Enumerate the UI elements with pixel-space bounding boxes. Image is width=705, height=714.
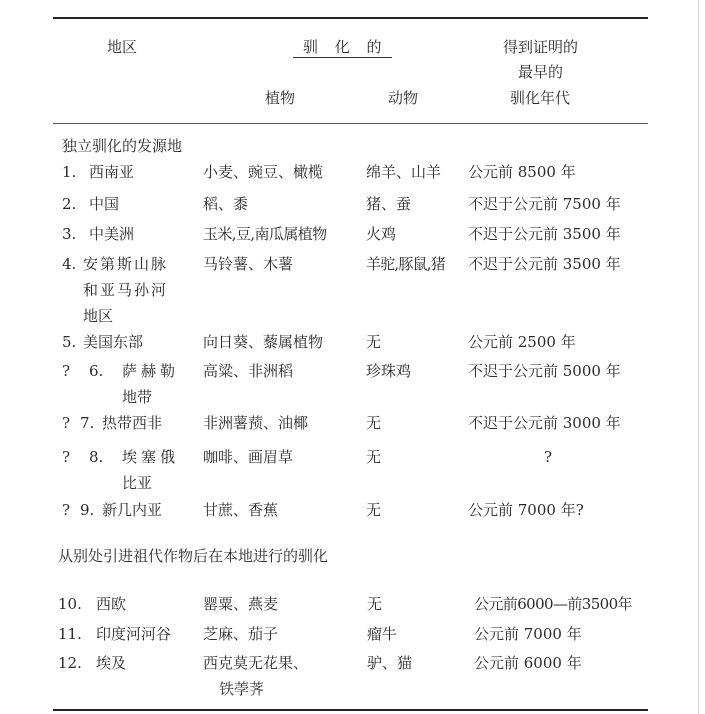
row-date: 公元前6000—前3500年 [474, 595, 632, 613]
row-date: 不迟于公元前 3500 年 [468, 225, 621, 243]
row-region: 埃塞俄 [122, 448, 179, 466]
section-title-introduced: 从别处引进祖代作物后在本地进行的驯化 [58, 547, 328, 565]
row-plants: 向日葵、藜属植物 [203, 333, 323, 351]
row-number: 8. [89, 448, 103, 466]
row-number: 3. [62, 225, 76, 243]
table-top-rule [53, 17, 648, 19]
row-region: 埃及 [96, 654, 126, 672]
row-region: 中国 [89, 195, 119, 213]
row-animals: 猪、蚕 [366, 195, 411, 213]
row-region: 印度河河谷 [96, 625, 171, 643]
uncertain-marker: ? [62, 448, 70, 466]
row-number: 7. [80, 414, 94, 432]
row-plants: 稻、黍 [203, 195, 248, 213]
row-date: 不迟于公元前 5000 年 [468, 362, 621, 380]
row-date: 不迟于公元前 3000 年 [468, 414, 621, 432]
row-number: 1. [62, 163, 76, 181]
header-plants: 植物 [265, 89, 295, 107]
row-plants: 甘蔗、香蕉 [203, 501, 278, 519]
row-animals: 无 [366, 414, 381, 432]
row-region: 萨赫勒 [122, 362, 179, 380]
row-animals: 珍珠鸡 [366, 362, 411, 380]
row-date: ? [544, 448, 552, 466]
row-animals: 无 [366, 333, 381, 351]
row-date: 公元前 7000 年? [468, 501, 584, 519]
row-plants: 西克莫无花果、 [203, 654, 308, 672]
section-title-independent: 独立驯化的发源地 [62, 137, 182, 155]
row-number: 6. [89, 362, 103, 380]
row-animals: 驴、猫 [367, 654, 412, 672]
row-animals: 瘤牛 [367, 625, 397, 643]
row-plants: 非洲薯蓣、油椰 [203, 414, 308, 432]
row-region: 新几内亚 [102, 501, 162, 519]
row-animals: 绵羊、山羊 [366, 163, 441, 181]
row-date: 不迟于公元前 7500 年 [468, 195, 621, 213]
row-plants: 马铃薯、木薯 [203, 255, 293, 273]
row-plants: 咖啡、画眉草 [203, 448, 293, 466]
uncertain-marker: ? [62, 414, 70, 432]
row-region-line2: 地带 [122, 388, 152, 406]
uncertain-marker: ? [62, 501, 70, 519]
row-number: 2. [62, 195, 76, 213]
row-number: 11. [58, 625, 82, 643]
uncertain-marker: ? [62, 362, 70, 380]
row-plants: 罂粟、燕麦 [203, 595, 278, 613]
row-plants: 玉米,豆,南瓜属植物 [203, 225, 327, 243]
row-region: 美国东部 [83, 333, 143, 351]
row-date: 公元前 2500 年 [468, 333, 576, 351]
row-region: 西南亚 [89, 163, 134, 181]
row-plants: 芝麻、茄子 [203, 625, 278, 643]
row-date: 公元前 6000 年 [474, 654, 582, 672]
page-edge-divider [698, 0, 699, 714]
header-date-line2: 最早的 [518, 63, 563, 81]
row-region: 热带西非 [102, 414, 162, 432]
row-number: 9. [80, 501, 94, 519]
row-date: 公元前 8500 年 [468, 163, 576, 181]
row-animals: 火鸡 [366, 225, 396, 243]
row-animals: 无 [366, 448, 381, 466]
row-animals: 羊驼,豚鼠,猪 [366, 255, 445, 273]
row-region: 中美洲 [89, 225, 134, 243]
row-plants: 小麦、豌豆、橄榄 [203, 163, 323, 181]
row-date: 公元前 7000 年 [474, 625, 582, 643]
header-animals: 动物 [388, 89, 418, 107]
table-bottom-rule [53, 709, 648, 711]
header-bottom-rule [53, 123, 648, 124]
row-number: 10. [58, 595, 82, 613]
row-region-line2: 和亚马孙河 [83, 281, 168, 299]
header-region: 地区 [107, 38, 137, 56]
row-region: 西欧 [96, 595, 126, 613]
row-animals: 无 [366, 501, 381, 519]
row-plants-line2: 铁荸荠 [219, 680, 264, 698]
row-number: 12. [58, 654, 82, 672]
header-date-line1: 得到证明的 [503, 38, 578, 56]
row-number: 5. [62, 333, 76, 351]
row-region-line2: 比亚 [122, 474, 152, 492]
row-animals: 无 [367, 595, 382, 613]
row-number: 4. [62, 255, 76, 273]
header-date-line3: 驯化年代 [510, 89, 570, 107]
row-region-line3: 地区 [83, 307, 113, 325]
row-date: 不迟于公元前 3500 年 [468, 255, 621, 273]
row-plants: 高粱、非洲稻 [203, 362, 293, 380]
header-domesticated: 驯 化 的 [293, 38, 392, 58]
row-region: 安第斯山脉 [83, 255, 168, 273]
